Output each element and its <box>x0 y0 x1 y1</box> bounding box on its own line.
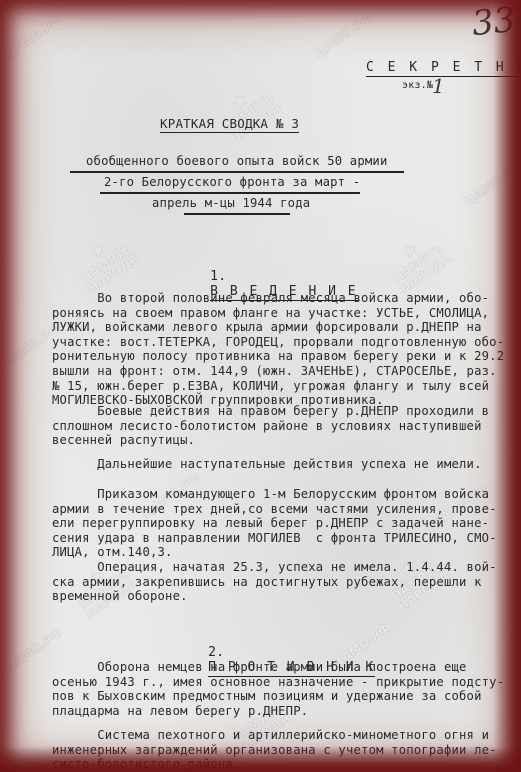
watermark-text: НАРОДА <box>397 251 453 296</box>
body-text-line: вышли на фронт: отм. 144,9 (южн. ЗАЧЕНЬЕ… <box>52 364 497 378</box>
watermark-tsamo: ЦАМО.РФ <box>462 159 521 208</box>
body-text-line: Боевые действия на правом берегу р.ДНЕПР… <box>52 404 489 418</box>
star-icon: ★ <box>70 229 127 276</box>
subtitle-underline <box>70 171 404 173</box>
watermark-pamyat-naroda: ★ ПАМЯТЬ НАРОДА <box>382 229 453 295</box>
body-text-line: армии в течение трех дней,со всеми частя… <box>52 502 497 516</box>
watermark-pamyat-naroda: ★ ПАМЯТЬ НАРОДА <box>70 229 141 295</box>
page-number: 33 <box>470 0 517 44</box>
body-text-line: Операция, начатая 25.3, успеха не имела.… <box>52 560 497 574</box>
document-subtitle-line: обобщенного боевого опыта войск 50 армии <box>86 154 388 168</box>
body-text-line: сения удара в направлении МОГИЛЕВ с фрон… <box>52 531 497 545</box>
body-text-line: ели перегруппировку на левый берег р.ДНЕ… <box>52 516 489 530</box>
section-number: 2. <box>208 645 224 660</box>
body-text-line: осенью 1943 г., имея основное назначение… <box>52 675 504 689</box>
watermark-text: НАРОДА <box>85 251 141 296</box>
body-text-line: временной обороне. <box>52 589 188 603</box>
body-text-line: весенней распутицы. <box>52 433 195 447</box>
body-text-line: ЛИЦА, отм.140,3. <box>52 545 173 559</box>
body-text-line: № 15, южн.берег р.ЕЗВА, КОЛИЧИ, угрожая … <box>52 379 489 393</box>
watermark-text: ПАМЯТЬ <box>391 241 446 286</box>
watermark-pamyat-naroda: ★ ПАМЯТЬ НАРОДА <box>212 79 283 145</box>
subtitle-underline <box>100 192 360 194</box>
copy-label: экз.№ <box>402 80 433 91</box>
watermark-text: ПАМЯТЬ <box>79 241 134 286</box>
body-text-line: инженерных заграждений организована с уч… <box>52 743 497 757</box>
body-text-line: ЛУЖКИ, войсками левого крыла армии форси… <box>52 320 482 334</box>
body-text-line: плацдарма на левом берегу р.ДНЕПР. <box>52 704 308 718</box>
watermark-tsamo: ЦАМО.РФ <box>312 11 374 60</box>
body-text-line: Оборона немцев на фронте армии была пост… <box>52 660 467 674</box>
body-text-line: Дальнейшие наступательные действия успех… <box>52 457 482 471</box>
document-subtitle-line: апрель м-цы 1944 года <box>152 196 310 210</box>
body-text-line: систо-болотистого района. <box>52 757 240 771</box>
star-icon: ★ <box>382 229 439 276</box>
body-text-line: Система пехотного и артиллерийско-миноме… <box>52 728 489 742</box>
body-text-line: пов к Быховским предмостным позициям и у… <box>52 689 482 703</box>
body-text-line: участке: вост.ТЕТЕРКА, ГОРОДЕЦ, прорвали… <box>52 335 504 349</box>
body-text-line: ронительную полосу противника на правом … <box>52 349 504 363</box>
body-text-line: роняясь на своем правом фланге на участк… <box>52 306 489 320</box>
body-text-line: сплошном лесисто-болотистом районе в усл… <box>52 419 482 433</box>
subtitle-underline <box>184 213 290 215</box>
copy-number: 1 <box>432 74 445 98</box>
body-text-line: ска армии, закрепившись на достигнутых р… <box>52 575 482 589</box>
document-viewer: ЦАМО.РФ ЦАМО.РФ ★ ПАМЯТЬ НАРОДА ★ ПАМЯТЬ… <box>0 0 521 772</box>
document-heading: КРАТКАЯ СВОДКА № 3 <box>160 116 299 133</box>
body-text-line: Приказом командующего 1-м Белорусским фр… <box>52 487 489 501</box>
section-number: 1. <box>210 269 226 284</box>
document-subtitle-line: 2-го Белорусского фронта за март - <box>104 175 360 189</box>
document-page: ЦАМО.РФ ЦАМО.РФ ★ ПАМЯТЬ НАРОДА ★ ПАМЯТЬ… <box>0 0 521 772</box>
watermark-tsamo: ЦАМО.РФ <box>2 13 64 62</box>
body-text-line: Во второй половине февраля месяца войска… <box>52 291 489 305</box>
